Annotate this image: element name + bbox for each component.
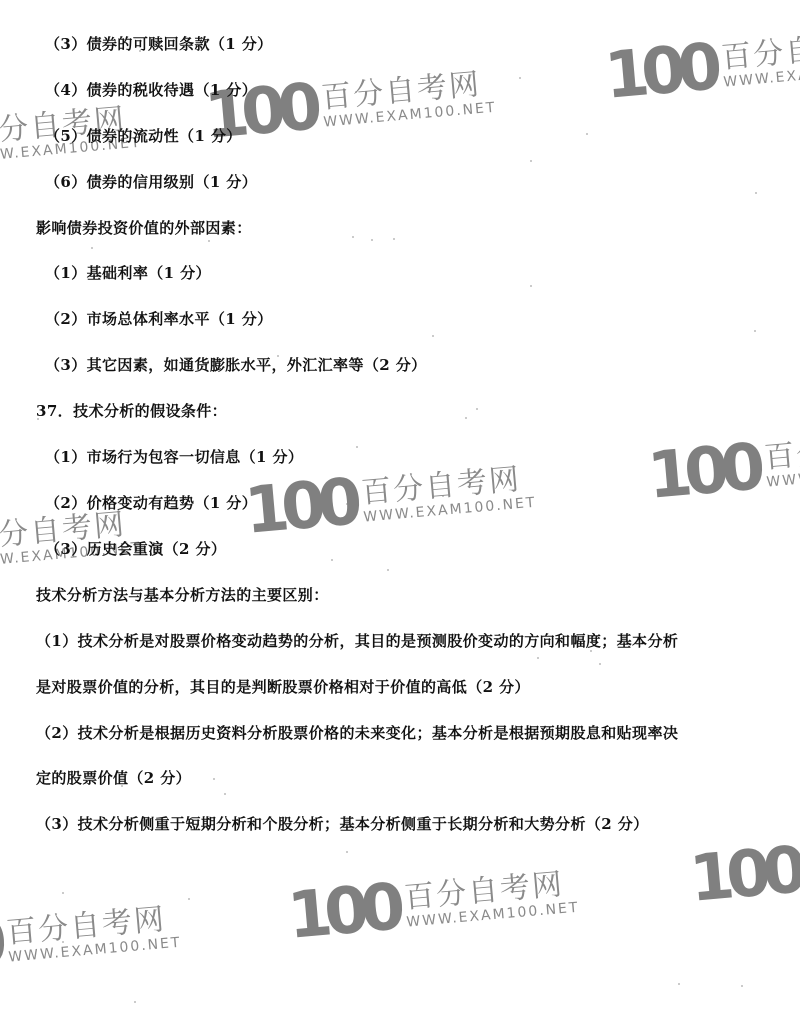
scan-speck — [346, 851, 348, 853]
watermark-logo-icon: 100 — [285, 876, 400, 949]
watermark: 100百分自考网WWW.EXAM100.NET — [687, 823, 800, 912]
scan-speck — [741, 985, 743, 987]
watermark-text: 百分自考网WWW.EXAM100.NET — [360, 463, 537, 525]
watermark-text: 百分自考网WWW.EXAM100.NET — [5, 903, 182, 965]
document-line: （2）市场总体利率水平（1 分） — [45, 308, 273, 329]
watermark-text: 百分自考网WWW.EXAM100.NET — [720, 28, 800, 90]
watermark-logo-icon: 100 — [687, 839, 800, 912]
scan-speck — [62, 892, 64, 894]
scan-speck — [331, 559, 333, 561]
watermark-logo-icon: 100 — [602, 36, 717, 109]
scan-speck — [599, 663, 601, 665]
scan-speck — [530, 285, 532, 287]
watermark: 100百分自考网WWW.EXAM100.NET — [285, 860, 581, 949]
watermark-site-name: 百分自考网 — [720, 28, 800, 75]
watermark: 100百分自考网WWW.EXAM100.NET — [602, 20, 800, 109]
scan-speck — [352, 236, 354, 238]
document-line: （2）价格变动有趋势（1 分） — [45, 492, 257, 513]
document-line: （3）其它因素，如通货膨胀水平，外汇汇率等（2 分） — [45, 354, 427, 375]
scan-speck — [678, 983, 680, 985]
document-line: （1）技术分析是对股票价格变动趋势的分析，其目的是预测股价变动的方向和幅度；基本… — [36, 630, 678, 651]
document-line: （5）债券的流动性（1 分） — [45, 125, 242, 146]
watermark-site-name: 百分自考网 — [763, 428, 800, 475]
scan-speck — [387, 569, 389, 571]
scan-speck — [530, 160, 532, 162]
scan-speck — [356, 446, 358, 448]
scan-speck — [224, 793, 226, 795]
scan-speck — [371, 239, 373, 241]
document-line: （3）技术分析侧重于短期分析和个股分析；基本分析侧重于长期分析和大势分析（2 分… — [36, 813, 649, 834]
document-line: 是对股票价值的分析，其目的是判断股票价格相对于价值的高低（2 分） — [36, 676, 530, 697]
scan-speck — [754, 330, 756, 332]
document-line: （3）债券的可赎回条款（1 分） — [45, 33, 273, 54]
scan-speck — [519, 77, 521, 79]
document-line: （1）基础利率（1 分） — [45, 262, 211, 283]
scan-speck — [476, 408, 478, 410]
watermark-text: 百分自考网WWW.EXAM100.NET — [763, 428, 800, 490]
scan-speck — [213, 778, 215, 780]
document-line: 37．技术分析的假设条件： — [36, 400, 227, 421]
watermark-logo-icon: 100 — [645, 436, 760, 509]
scan-speck — [432, 335, 434, 337]
watermark-logo-icon: 100 — [0, 911, 2, 984]
document-line: 技术分析方法与基本分析方法的主要区别： — [36, 584, 329, 605]
document-line: （2）技术分析是根据历史资料分析股票价格的未来变化；基本分析是根据预期股息和贴现… — [36, 722, 678, 743]
document-line: 影响债券投资价值的外部因素： — [36, 217, 252, 238]
scan-speck — [208, 240, 210, 242]
scan-speck — [586, 133, 588, 135]
document-line: （4）债券的税收待遇（1 分） — [45, 79, 257, 100]
document-line: （6）债券的信用级别（1 分） — [45, 171, 257, 192]
scan-speck — [465, 417, 467, 419]
watermark-logo-icon: 100 — [242, 471, 357, 544]
document-page: 100百分自考网WWW.EXAM100.NET100百分自考网WWW.EXAM1… — [0, 0, 800, 1026]
document-line: 定的股票价值（2 分） — [36, 767, 191, 788]
watermark-text: 百分自考网WWW.EXAM100.NET — [320, 68, 497, 130]
scan-speck — [188, 898, 190, 900]
watermark: 100百分自考网WWW.EXAM100.NET — [202, 60, 498, 149]
document-line: （1）市场行为包容一切信息（1 分） — [45, 446, 303, 467]
watermark: 100百分自考网WWW.EXAM100.NET — [0, 895, 183, 984]
scan-speck — [393, 238, 395, 240]
watermark: 100百分自考网WWW.EXAM100.NET — [242, 455, 538, 544]
document-line: （3）历史会重演（2 分） — [45, 538, 226, 559]
watermark-text: 百分自考网WWW.EXAM100.NET — [403, 868, 580, 930]
scan-speck — [755, 192, 757, 194]
scan-speck — [91, 247, 93, 249]
scan-speck — [134, 1001, 136, 1003]
scan-speck — [537, 657, 539, 659]
watermark: 100百分自考网WWW.EXAM100.NET — [645, 420, 800, 509]
